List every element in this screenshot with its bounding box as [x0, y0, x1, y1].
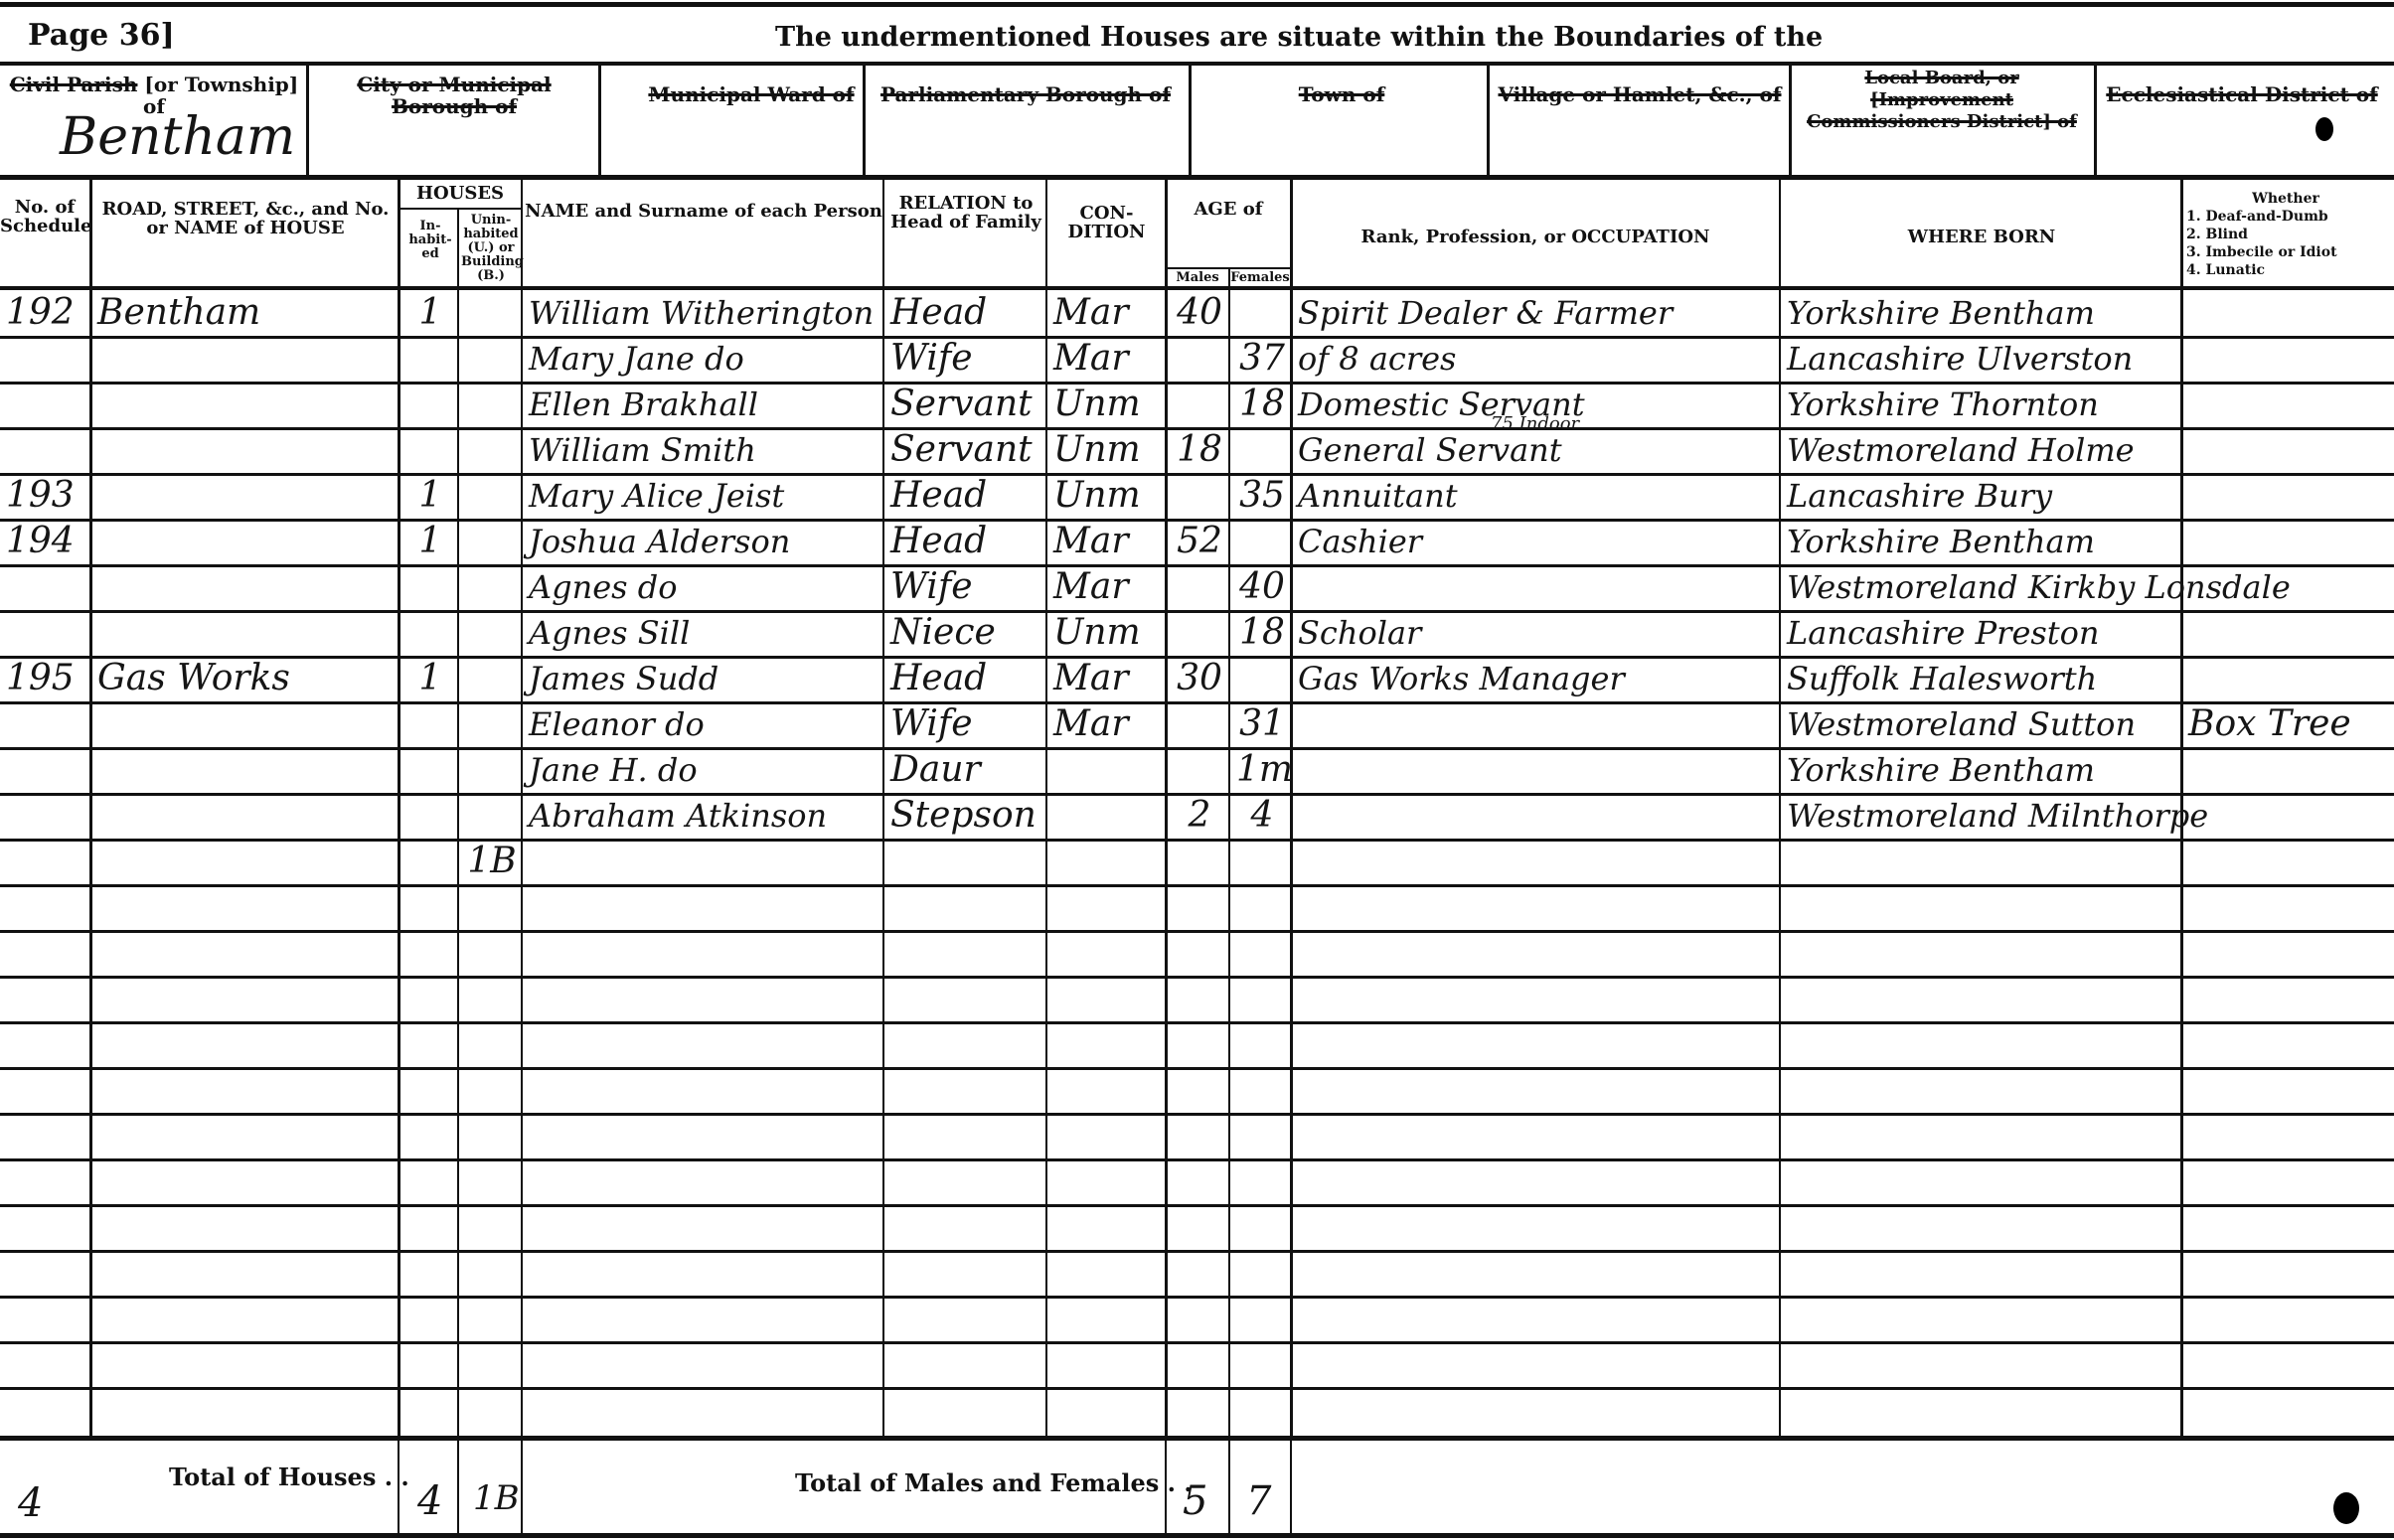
cell-inhabited: 1	[405, 656, 455, 701]
cell-where-born: Suffolk Halesworth	[1787, 656, 2178, 701]
cell-occupation: Annuitant	[1298, 473, 1777, 519]
cell-female-age	[1236, 839, 1288, 884]
cell-male-age	[1173, 839, 1226, 884]
cell-where-born	[1787, 839, 2178, 884]
cell-female-age	[1236, 427, 1288, 473]
cell-road: Gas Works	[97, 656, 396, 701]
total-inhabited: 4	[417, 1478, 442, 1524]
cell-road	[97, 747, 396, 793]
cell-male-age: 52	[1173, 519, 1226, 564]
cell-schedule: 193	[6, 473, 87, 519]
cell-inhabited	[405, 747, 455, 793]
cell-name: James Sudd	[529, 656, 880, 701]
cell-relation: Wife	[890, 701, 1043, 747]
cell-where-born: Westmoreland Sutton	[1787, 701, 2178, 747]
cell-name: Agnes do	[529, 564, 880, 610]
cell-name	[529, 839, 880, 884]
cell-inhabited: 1	[405, 473, 455, 519]
cell-infirmity	[2188, 793, 2392, 839]
table-row: Agnes SillNieceUnm18ScholarLancashire Pr…	[0, 610, 2394, 656]
cell-condition: Mar	[1053, 701, 1163, 747]
cell-male-age	[1173, 382, 1226, 427]
cell-infirmity	[2188, 519, 2392, 564]
cell-female-age	[1236, 519, 1288, 564]
cell-inhabited: 1	[405, 519, 455, 564]
cell-road	[97, 519, 396, 564]
cell-inhabited: 1	[405, 290, 455, 336]
table-row: Abraham AtkinsonStepson24Westmoreland Mi…	[0, 793, 2394, 839]
cell-uninhabited	[465, 656, 519, 701]
cell-uninhabited	[465, 290, 519, 336]
cell-male-age	[1173, 564, 1226, 610]
cell-schedule	[6, 382, 87, 427]
cell-where-born: Yorkshire Bentham	[1787, 290, 2178, 336]
cell-road: Bentham	[97, 290, 396, 336]
cell-relation: Wife	[890, 336, 1043, 382]
cell-male-age: 40	[1173, 290, 1226, 336]
cell-uninhabited	[465, 473, 519, 519]
total-schedules: 4	[18, 1480, 43, 1526]
cell-inhabited	[405, 382, 455, 427]
cell-infirmity	[2188, 336, 2392, 382]
cell-schedule	[6, 564, 87, 610]
cell-condition: Mar	[1053, 336, 1163, 382]
cell-condition: Mar	[1053, 519, 1163, 564]
cell-road	[97, 336, 396, 382]
cell-occupation	[1298, 839, 1777, 884]
cell-name: Ellen Brakhall	[529, 382, 880, 427]
cell-condition: Unm	[1053, 473, 1163, 519]
cell-relation: Servant	[890, 382, 1043, 427]
cell-where-born: Lancashire Bury	[1787, 473, 2178, 519]
table-row: 1941Joshua AldersonHeadMar52CashierYorks…	[0, 519, 2394, 564]
table-row: Agnes doWifeMar40Westmoreland Kirkby Lon…	[0, 564, 2394, 610]
cell-uninhabited	[465, 564, 519, 610]
total-houses-label: Total of Houses . .	[169, 1463, 409, 1491]
cell-uninhabited	[465, 336, 519, 382]
cell-relation	[890, 839, 1043, 884]
cell-name: William Witherington	[529, 290, 880, 336]
cell-condition	[1053, 793, 1163, 839]
cell-male-age: 30	[1173, 656, 1226, 701]
table-row: 192Bentham1William WitheringtonHeadMar40…	[0, 290, 2394, 336]
cell-uninhabited	[465, 747, 519, 793]
cell-infirmity	[2188, 473, 2392, 519]
cell-infirmity	[2188, 747, 2392, 793]
cell-female-age: 37	[1236, 336, 1288, 382]
cell-inhabited	[405, 427, 455, 473]
cell-infirmity	[2188, 427, 2392, 473]
cell-male-age	[1173, 336, 1226, 382]
cell-where-born: Westmoreland Kirkby Lonsdale	[1787, 564, 2178, 610]
cell-occupation: Scholar	[1298, 610, 1777, 656]
cell-uninhabited	[465, 427, 519, 473]
cell-name: Eleanor do	[529, 701, 880, 747]
table-row: 1931Mary Alice JeistHeadUnm35AnnuitantLa…	[0, 473, 2394, 519]
cell-occupation	[1298, 747, 1777, 793]
cell-relation: Servant	[890, 427, 1043, 473]
cell-infirmity	[2188, 656, 2392, 701]
cell-uninhabited	[465, 793, 519, 839]
total-uninhabited: 1B	[473, 1478, 520, 1518]
table-row: William SmithServantUnm18General Servant…	[0, 427, 2394, 473]
cell-male-age	[1173, 473, 1226, 519]
cell-condition: Mar	[1053, 564, 1163, 610]
cell-female-age: 1m	[1236, 747, 1288, 793]
cell-road	[97, 701, 396, 747]
cell-schedule	[6, 336, 87, 382]
cell-name: Jane H. do	[529, 747, 880, 793]
cell-female-age: 35	[1236, 473, 1288, 519]
occupation-annotation: 75 Indoor	[1491, 413, 1579, 434]
cell-schedule	[6, 427, 87, 473]
bottom-border	[0, 1533, 2394, 1538]
cell-road	[97, 839, 396, 884]
cell-road	[97, 382, 396, 427]
cell-where-born: Yorkshire Bentham	[1787, 747, 2178, 793]
cell-male-age: 2	[1173, 793, 1226, 839]
cell-uninhabited	[465, 610, 519, 656]
cell-condition: Unm	[1053, 427, 1163, 473]
cell-road	[97, 564, 396, 610]
cell-inhabited	[405, 793, 455, 839]
cell-condition: Unm	[1053, 382, 1163, 427]
cell-condition: Unm	[1053, 610, 1163, 656]
cell-infirmity: Box Tree	[2188, 701, 2392, 747]
cell-where-born: Lancashire Ulverston	[1787, 336, 2178, 382]
cell-occupation: Gas Works Manager	[1298, 656, 1777, 701]
cell-name: Mary Alice Jeist	[529, 473, 880, 519]
census-entries: 192Bentham1William WitheringtonHeadMar40…	[0, 0, 2394, 1540]
table-row: Ellen BrakhallServantUnm18Domestic Serva…	[0, 382, 2394, 427]
cell-occupation	[1298, 564, 1777, 610]
cell-schedule	[6, 610, 87, 656]
total-females: 7	[1246, 1478, 1271, 1524]
cell-infirmity	[2188, 610, 2392, 656]
cell-relation: Head	[890, 473, 1043, 519]
cell-condition: Mar	[1053, 656, 1163, 701]
cell-inhabited	[405, 336, 455, 382]
cell-name: Agnes Sill	[529, 610, 880, 656]
cell-inhabited	[405, 610, 455, 656]
cell-female-age: 18	[1236, 382, 1288, 427]
cell-occupation: of 8 acres	[1298, 336, 1777, 382]
cell-female-age: 31	[1236, 701, 1288, 747]
ink-blot	[2333, 1492, 2359, 1524]
cell-uninhabited	[465, 382, 519, 427]
cell-road	[97, 610, 396, 656]
cell-name: William Smith	[529, 427, 880, 473]
cell-schedule	[6, 839, 87, 884]
cell-schedule	[6, 793, 87, 839]
cell-relation: Stepson	[890, 793, 1043, 839]
cell-schedule: 194	[6, 519, 87, 564]
cell-female-age: 40	[1236, 564, 1288, 610]
cell-where-born: Westmoreland Holme	[1787, 427, 2178, 473]
total-males: 5	[1183, 1478, 1207, 1524]
cell-relation: Daur	[890, 747, 1043, 793]
table-row: 195Gas Works1James SuddHeadMar30Gas Work…	[0, 656, 2394, 701]
cell-condition	[1053, 747, 1163, 793]
cell-relation: Head	[890, 519, 1043, 564]
cell-road	[97, 427, 396, 473]
cell-name: Mary Jane do	[529, 336, 880, 382]
cell-male-age: 18	[1173, 427, 1226, 473]
cell-where-born: Lancashire Preston	[1787, 610, 2178, 656]
cell-female-age: 4	[1236, 793, 1288, 839]
cell-relation: Niece	[890, 610, 1043, 656]
cell-inhabited	[405, 701, 455, 747]
cell-inhabited	[405, 839, 455, 884]
cell-male-age	[1173, 747, 1226, 793]
cell-relation: Wife	[890, 564, 1043, 610]
cell-female-age: 18	[1236, 610, 1288, 656]
cell-male-age	[1173, 610, 1226, 656]
table-row: Jane H. doDaur1mYorkshire Bentham	[0, 747, 2394, 793]
cell-infirmity	[2188, 564, 2392, 610]
cell-occupation	[1298, 793, 1777, 839]
cell-name: Abraham Atkinson	[529, 793, 880, 839]
cell-schedule: 192	[6, 290, 87, 336]
cell-road	[97, 793, 396, 839]
cell-relation: Head	[890, 290, 1043, 336]
table-row: Mary Jane doWifeMar37of 8 acresLancashir…	[0, 336, 2394, 382]
table-row: 1B	[0, 839, 2394, 884]
cell-occupation: Cashier	[1298, 519, 1777, 564]
cell-schedule	[6, 747, 87, 793]
cell-occupation: Spirit Dealer & Farmer	[1298, 290, 1777, 336]
cell-condition: Mar	[1053, 290, 1163, 336]
cell-infirmity	[2188, 382, 2392, 427]
cell-uninhabited	[465, 519, 519, 564]
cell-schedule	[6, 701, 87, 747]
cell-male-age	[1173, 701, 1226, 747]
cell-road	[97, 473, 396, 519]
cell-uninhabited: 1B	[465, 839, 519, 884]
cell-name: Joshua Alderson	[529, 519, 880, 564]
cell-infirmity	[2188, 290, 2392, 336]
cell-condition	[1053, 839, 1163, 884]
cell-relation: Head	[890, 656, 1043, 701]
total-persons-label: Total of Males and Females . .	[795, 1468, 1193, 1497]
cell-inhabited	[405, 564, 455, 610]
cell-occupation	[1298, 701, 1777, 747]
cell-uninhabited	[465, 701, 519, 747]
cell-female-age	[1236, 290, 1288, 336]
cell-where-born: Yorkshire Thornton	[1787, 382, 2178, 427]
cell-schedule: 195	[6, 656, 87, 701]
cell-where-born: Yorkshire Bentham	[1787, 519, 2178, 564]
cell-where-born: Westmoreland Milnthorpe	[1787, 793, 2178, 839]
cell-infirmity	[2188, 839, 2392, 884]
totals-row: 4 Total of Houses . . 4 1B Total of Male…	[0, 1441, 2394, 1535]
table-row: Eleanor doWifeMar31Westmoreland SuttonBo…	[0, 701, 2394, 747]
cell-female-age	[1236, 656, 1288, 701]
